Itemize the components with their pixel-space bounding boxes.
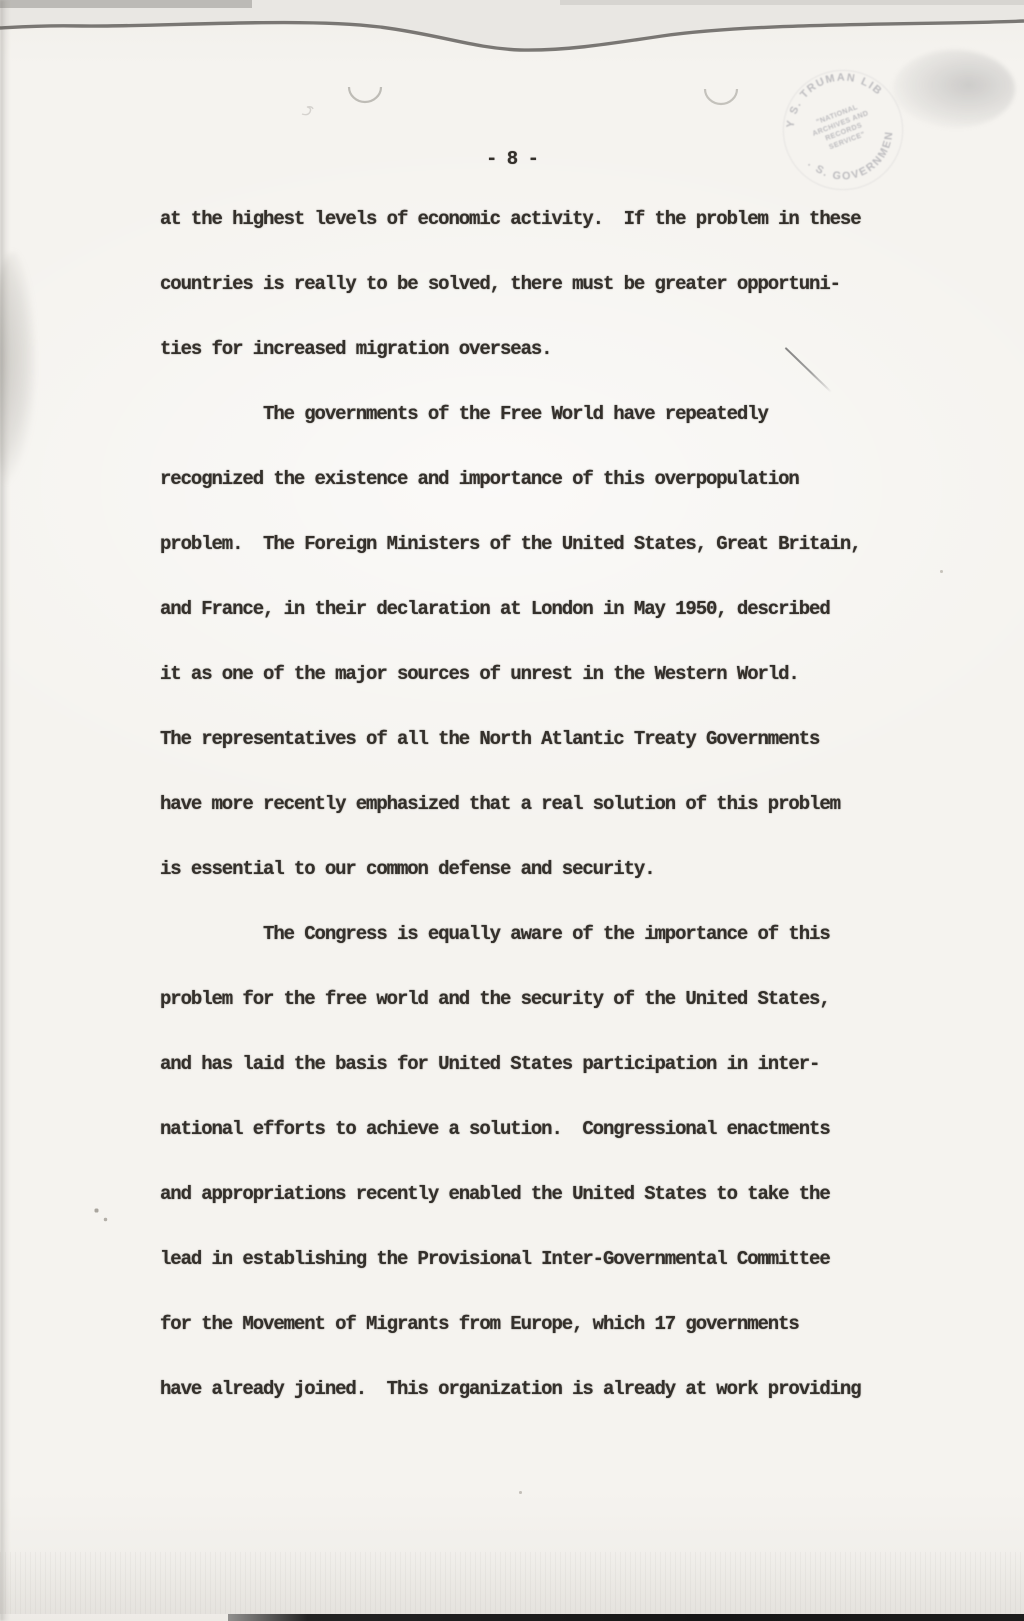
text-line: and France, in their declaration at Lond…	[160, 600, 830, 619]
text-line: have already joined. This organization i…	[160, 1380, 861, 1399]
text-line: national efforts to achieve a solution. …	[160, 1120, 830, 1139]
text-line: problem for the free world and the secur…	[160, 990, 830, 1009]
text-line: countries is really to be solved, there …	[160, 275, 840, 294]
text-line: is essential to our common defense and s…	[160, 860, 655, 879]
text-line: ties for increased migration overseas.	[160, 340, 551, 359]
left-edge-shadow	[0, 0, 10, 1621]
text-line: at the highest levels of economic activi…	[160, 210, 861, 229]
typewritten-text: at the highest levels of economic activi…	[160, 0, 960, 1621]
bottom-scan-bar	[228, 1614, 1024, 1621]
text-line: problem. The Foreign Ministers of the Un…	[160, 535, 861, 554]
text-line: have more recently emphasized that a rea…	[160, 795, 840, 814]
text-line: recognized the existence and importance …	[160, 470, 799, 489]
text-line: The Congress is equally aware of the imp…	[160, 925, 830, 944]
text-line: it as one of the major sources of unrest…	[160, 665, 799, 684]
text-line: The representatives of all the North Atl…	[160, 730, 819, 749]
text-line: lead in establishing the Provisional Int…	[160, 1250, 830, 1269]
smudge-left-edge	[0, 252, 36, 490]
text-line: and has laid the basis for United States…	[160, 1055, 819, 1074]
text-line: and appropriations recently enabled the …	[160, 1185, 830, 1204]
text-line: for the Movement of Migrants from Europe…	[160, 1315, 799, 1334]
speckles	[0, 0, 1, 1]
document-page: HARRY S. TRUMAN LIBRARY U. S. GOVERNMENT…	[0, 0, 1024, 1621]
text-line: The governments of the Free World have r…	[160, 405, 768, 424]
